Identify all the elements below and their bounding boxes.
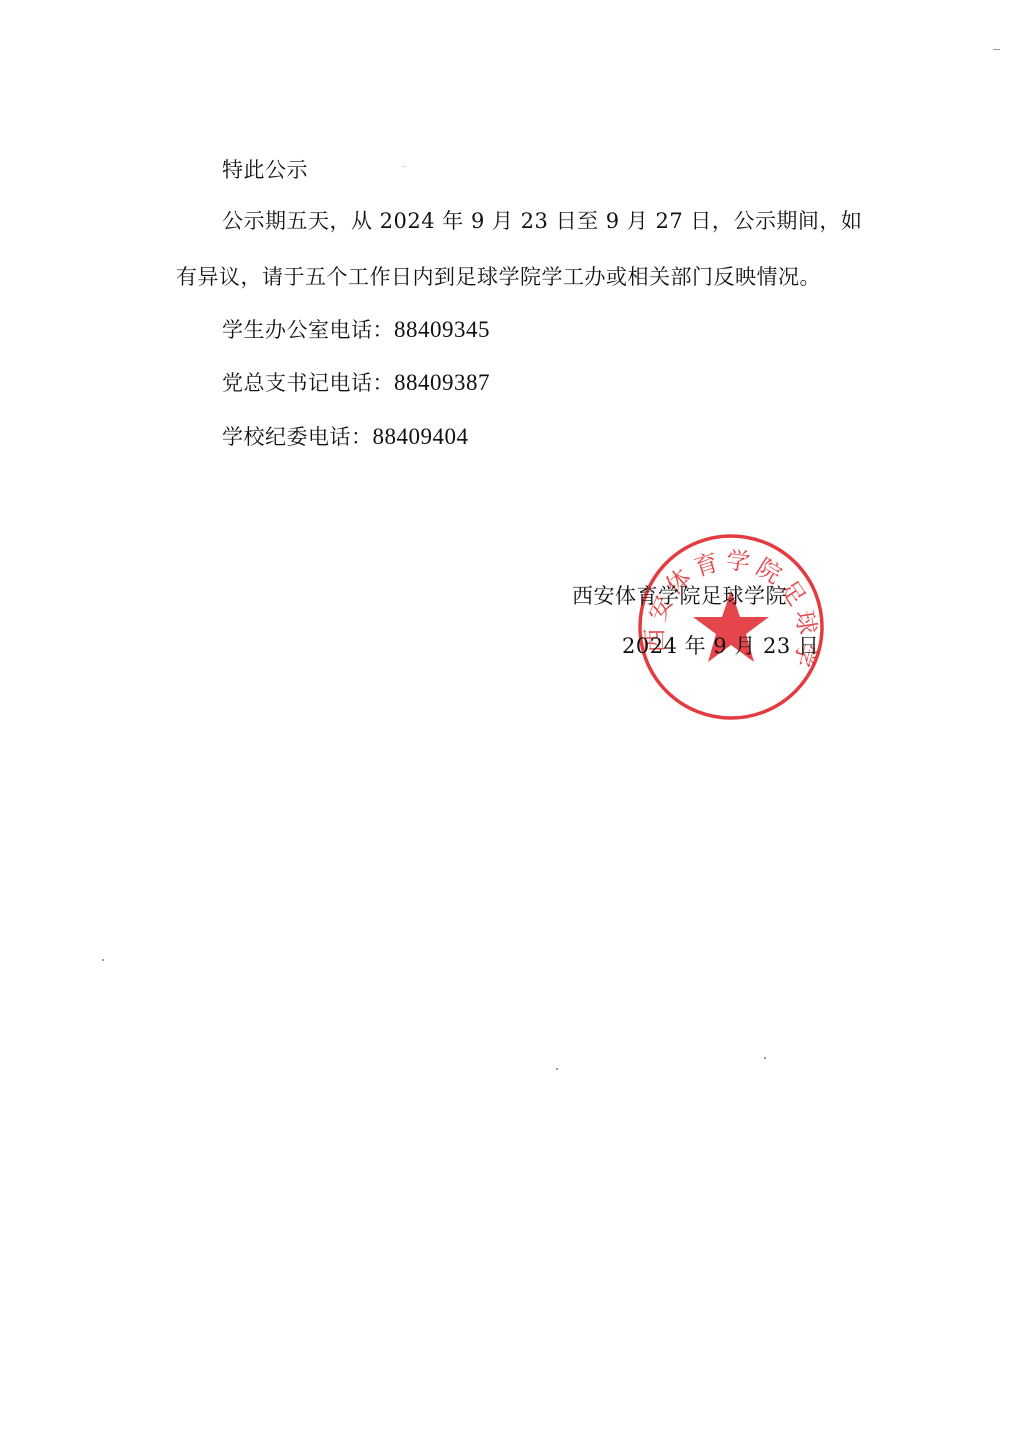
- notice-paragraph-line1: 公示期五天，从 2024 年 9 月 23 日至 9 月 27 日，公示期间，如: [222, 209, 862, 233]
- contact-label: 学生办公室电话：: [222, 318, 394, 342]
- contact-discipline-committee: 学校纪委电话：88409404: [222, 425, 469, 449]
- contact-number: 88409387: [394, 370, 490, 395]
- scan-speck: [764, 1057, 766, 1059]
- official-seal-stamp: 西安体育学院足球学院: [636, 532, 826, 722]
- contact-label: 党总支书记电话：: [222, 371, 394, 395]
- scan-mark: [993, 49, 1000, 50]
- signature-date: 2024 年 9 月 23 日: [622, 634, 819, 658]
- contact-number: 88409404: [373, 424, 469, 449]
- contact-label: 学校纪委电话：: [222, 425, 373, 449]
- contact-number: 88409345: [394, 317, 490, 342]
- contact-student-office: 学生办公室电话：88409345: [222, 318, 490, 342]
- notice-paragraph-line2: 有异议，请于五个工作日内到足球学院学工办或相关部门反映情况。: [176, 265, 821, 289]
- scan-speck: [102, 959, 104, 961]
- contact-party-secretary: 党总支书记电话：88409387: [222, 371, 490, 395]
- scan-speck: [403, 166, 404, 167]
- notice-heading: 特此公示: [222, 158, 308, 182]
- signature-organization: 西安体育学院足球学院: [572, 584, 787, 608]
- scan-speck: [556, 1068, 558, 1070]
